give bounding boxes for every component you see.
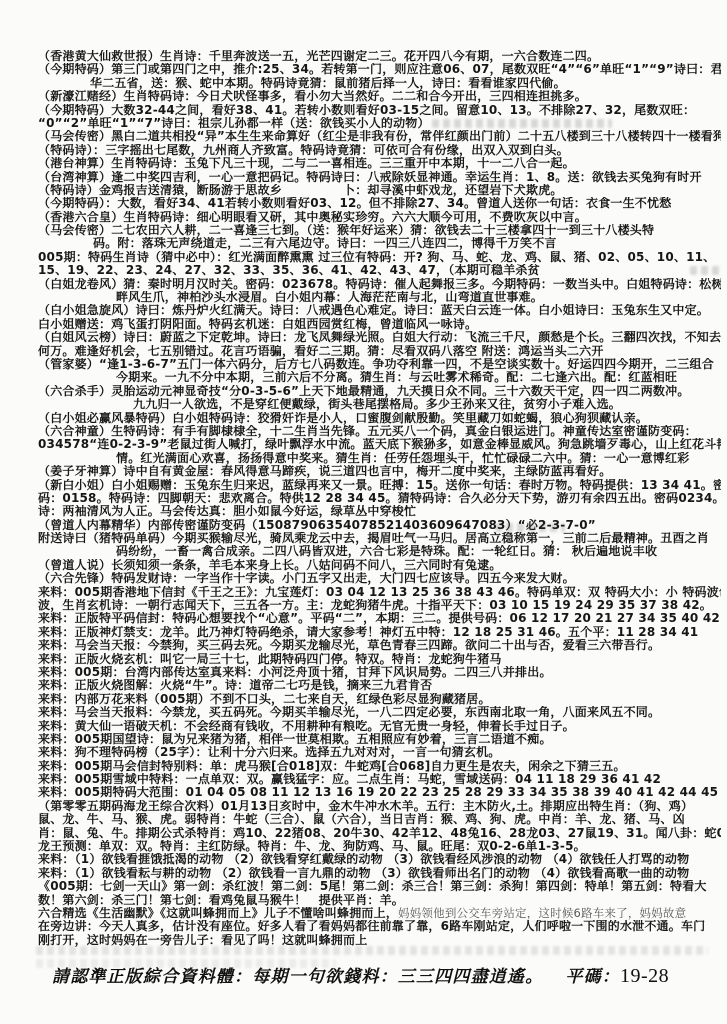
text-line: “0”“2”单旺“1”“7”诗曰：祖宗儿孙都一样（送：欲钱买小人的动物） xyxy=(38,117,721,130)
text-line: 来料：005期：台湾内部传达室真来料：小河泛舟顶十猪，甘拜下风识局势。二四三八并… xyxy=(38,666,721,679)
text-line: （新濠江赌经）生肖特码诗：今日犬吠怪事多，看小勿大当然好。二二和合今开出，三四相… xyxy=(38,90,721,103)
text-line: 白小姐赠送：鸡飞蛋打阴阳面。特码玄机迷：白姐西园赏红梅，曾道临风一咏诗。 xyxy=(38,318,721,331)
text-line: （特码诗）金鸡报吉送清猿，断肠游于思故乡 卜：却寻溪中虾戏龙，还望岩下犬欺虎。 xyxy=(38,184,721,197)
text-line: 来料：005期特码大范围：01 04 05 08 11 12 13 16 19 … xyxy=(38,786,721,799)
text-line: （六合杀手）灵胎运动元神显奇技“分0-3-5-6”上天下地最精通，九天摸日众不同… xyxy=(38,385,721,398)
text-line: 来料：005期香港地下信封《千王之王》：九宝莲灯：03 04 12 13 25 … xyxy=(38,586,721,599)
footer-pingma-label: 平碼： xyxy=(565,967,620,987)
text-line: 波，生肖玄机诗：一朝行志闻天下，三五各一方。主：龙蛇狗猪牛虎。十指平天下：03 … xyxy=(38,599,721,612)
text-line: 码。附：落珠无声绕道走，二三有六尾边守。诗曰：一四三八连四二，博得千万笑不言 xyxy=(38,237,721,250)
text-line: 15、19、22、23、24、27、32、33、35、36、41、42、43、4… xyxy=(38,264,721,277)
document-page: （香港黄大仙救世报）生肖诗：千里奔波送一五，光芒四谢定二三。花开四八今有期，一六… xyxy=(0,0,727,1024)
text-line: 来料：正版火烧图解：火烧“牛”。诗：道帝二七巧是钱，摘来三九君肯否 xyxy=(38,679,721,692)
text-line: 来料：黄大仙一语破天机：不会经商有钱收，不用耕种有粮吃。无官无贵一身轻，伸着长手… xyxy=(38,720,721,733)
watermark-smudge xyxy=(495,523,565,532)
text-line: 034578“连0-2-3-9”老鼠过街人喊打，绿叶飘浮水中流。蓝天底下猴狲多，… xyxy=(38,438,721,451)
text-line: 今期来。一九不分中本期，三前六后不分离。猜生肖：与云吐雾术稀奇。配：二七逢六出。… xyxy=(38,371,721,384)
watermark-smudge xyxy=(690,266,722,275)
text-line: （姜子牙神算）诗中自有黄金屋：春风得意马蹄疾，说三道四也言中，梅开二度中奖来，主… xyxy=(38,465,721,478)
watermark-smudge xyxy=(432,119,612,128)
text-line: （曾道人内幕精华）内部传密谨防变码（1508790635407852140360… xyxy=(38,519,721,532)
text-line: 来料：马会当天报：今禁狗，买三码去死。今期买龙输尽光，草色青春三四蹄。欲问二十出… xyxy=(38,639,721,652)
text-line: 码：0158。特码诗：四脚朝天：悲欢离合。特供12 28 34 45。猜特码诗：… xyxy=(38,492,721,505)
text-line: 码纷纷，一畜一禽合成亲。二四八码皆双进，六合七彩是特珠。配：一轮红日。猜： 秋后… xyxy=(38,545,721,558)
text-line: （白姐龙卷风）猜：秦时明月汉时关。密码：023678。特码诗：催人起舞报三多。今… xyxy=(38,278,721,291)
text-line: （马会传密）黑白二道共相投“异”本生生来命算好（红尘是非我有份，常伴红颜出门前）… xyxy=(38,130,721,143)
footer-pingma-value: 19-28 xyxy=(620,965,669,987)
text-line: 来料：狗不理特码榜（25字）：让利十分六归来。选择五九对对对，一言一句猜玄机。 xyxy=(38,746,721,759)
text-line: （香港黄大仙救世报）生肖诗：千里奔波送一五，光芒四谢定二三。花开四八今有期，一六… xyxy=(38,50,721,63)
text-line: 来料：005期国望诗：鼠为兄来猪为猪，相伴一世莫相欺。五相照应有妙着，三言二语道… xyxy=(38,733,721,746)
document-lines: （香港黄大仙救世报）生肖诗：千里奔波送一五，光芒四谢定二三。花开四八今有期，一六… xyxy=(0,0,727,947)
text-line: （新白小姐）白小姐赐赠：玉兔东生归来迟，蓝绿再来又一景。旺搏：15。送你一句话：… xyxy=(38,479,721,492)
text-line: 来料：（1）欲钱看耘与耕的动物 （2）欲钱看一言九鼎的动物 （3）欲钱看师出名门… xyxy=(38,867,721,880)
text-line: 六合精选《生活幽默》《这就叫蜂拥而上》儿子不懂啥叫蜂拥而上，妈妈领他到公交车旁站… xyxy=(38,907,721,920)
watermark-smudge xyxy=(36,946,708,955)
footer-slogan-text: 請認準正版綜合資料體：每期一句欲錢料：三三四四盡逍遙。 xyxy=(52,967,543,987)
text-line: 来料：内部万花来料（005期）不到不口头，二七来自天，红绿色彩尽显狗藏猪居。 xyxy=(38,693,721,706)
text-line: （今期特码）第三门或第四门之中，推介:25、34。若转第一门，则应注意06、07… xyxy=(38,63,721,76)
text-line: 龙王预测：单双：双。特肖：主红防绿。特肖：牛、龙、狗防鸡、马、鼠。旺尾：双0-2… xyxy=(38,840,721,853)
text-line: 何万。难逢好机会，七五别错过。花言巧语骗，看好二三期。猜：尽看双码八落空 附送：… xyxy=(38,345,721,358)
text-line: 附送诗曰（猪特码单码）今期买猴输尽光，骑凤乘龙云中去，揭眉吐气一马归。居高立稳称… xyxy=(38,532,721,545)
text-line: （白姐风云榜）诗曰：蔚蓝之下定乾坤。诗曰：龙飞凤舞绿光照。白姐大行动：飞流三千尺… xyxy=(38,331,721,344)
text-line: 来料：正版特平码信封：特码心想要找个“心意”。平码“二”，本期：三二。提供号码：… xyxy=(38,612,721,625)
text-line: （今期特码）：大数，看好34、41若转小数则看好03、12。但不排除27、34。… xyxy=(38,197,721,210)
text-line: 来料：马会当天报料：今禁龙，买五码死。今期买羊输尽光，一八二四定必要，东西南北取… xyxy=(38,706,721,719)
text-line: 来料：005期马会信封特别料：单：虎马猴[合018]双：牛蛇鸡[合068]自力更… xyxy=(38,760,721,773)
text-line: 诗：两袖清风为人正。马会传达真：胆小如鼠今好运，绿草丛中穿梭忙 xyxy=(38,505,721,518)
text-line: 鼠、龙、牛、马、猴、虎。弱特肖：牛蛇（三合）、鼠（六合），当日吉肖：猴、鸡、狗、… xyxy=(38,813,721,826)
text-line: （管家婆）“逢1-3-6-7”五门一体六码分，后方七八码数连。争功夺利靠一四，不… xyxy=(38,358,721,371)
text-line: 来料：正版火烧玄机：叫它一局三十七，此期特码四门停。特双。特肖：龙蛇狗牛猪马 xyxy=(38,653,721,666)
text-line: （马会传密）二七农田六人耕，二一喜逢三七到。（送：猴年好运来）猜：欲钱去二十三楼… xyxy=(38,224,721,237)
text-line: 九九归一人欲选，不是穿红便戴绿，街头巷尾摆格局。多少王孙来又往，贫穷小子难入选。 xyxy=(38,398,721,411)
text-line: （港台神算）生肖特码诗：玉兔下凡三十现，二与二一喜相连。三三重开中本期，十一二八… xyxy=(38,157,721,170)
text-line: 肖：鼠、兔、牛。排期公式杀特肖：鸡10、22猪08、20牛30、42羊12、48… xyxy=(38,827,721,840)
text-line: 来料：005期雪域中特料：一点单双：双。赢钱猛字：应。二点生肖：马蛇，雪域送码：… xyxy=(38,773,721,786)
text-line: 《005期：七剑一天山》第一剑：杀红波！第二剑：5尾！第二剑：杀三合！第三剑：杀… xyxy=(38,880,721,893)
text-line: 来料：正版神灯禁支：龙羊。此乃神灯特码绝杀，请大家参考！神灯五中特：12 18 … xyxy=(38,626,721,639)
text-line: （香港六合皇）生肖特码诗：细心明眼看又研，其中奥秘实珍穷。六六大顺今可用，不费吹… xyxy=(38,211,721,224)
text-line: （特码诗）：三字摇出七尾数，九州商人齐致富。特码诗竟猜：可依可合有份缘，出双入双… xyxy=(38,144,721,157)
text-line: 情。红光满面心欢喜，扬扬得意中奖来。猜生肖：任劳任怨埋头干，忙忙碌碌二六中。猜：… xyxy=(38,452,721,465)
text-line: 来料：（1）欲钱看捱饿抵渴的动物 （2）欲钱看穿红戴绿的动物 （3）欲钱看经风涉… xyxy=(38,853,721,866)
text-line: 在旁边讲：今天人真多，估计没有座位。好多人看了看妈妈都往前靠了靠，6路车刚站定，… xyxy=(38,920,721,933)
text-line: 华二五省，送：猴、蛇中本期。特码诗竟猜：鼠前猪后择一人，诗曰：看看谁家四代偷。 xyxy=(38,77,721,90)
footer-slogan: 請認準正版綜合資料體：每期一句欲錢料：三三四四盡逍遙。平碼：19-28 xyxy=(0,962,727,988)
text-line: （六合先锋）特码发财诗：一字当作十字读。小门五字又出走，大门四七应该导。四五今来… xyxy=(38,572,721,585)
text-line: 畔风生爪，神柏沙头水浸眉。白小姐内幕：人海茫茫南与北，山弯道直世事难。 xyxy=(38,291,721,304)
text-line-faded-segment: 妈妈领他到公交车旁站定，这时候6路车来了，妈妈故意 xyxy=(398,907,686,920)
text-line: （台湾神算）逢二中奖四吉利，一心一意把码记。特码诗曰：八戒除妖显神通。幸运生肖：… xyxy=(38,171,721,184)
text-line: （今期特码）大数32-44之间，看好38、41。若转小数则看好03-15之间。留… xyxy=(38,104,721,117)
text-line: 数！第六剑：杀三门！第七剑：看鸡兔鼠马猴牛！ 提供平肖：羊。 xyxy=(38,894,721,907)
text-line: （白小姐必赢风暴特码）白小姐特码诗：狡猾奸诈是小人，口蜜腹剑献殷勤。笑里藏刀如蛇… xyxy=(38,412,721,425)
text-line: （六合神童）生特码诗：有手有脚棣棣全，十二生肖当先锋。五元买八一个码，真金白银运… xyxy=(38,425,721,438)
text-line: （白小姐急旋风）诗曰：炼丹炉火红满天。诗曰：八戒遇色心难定。诗曰：蓝天白云连一体… xyxy=(38,304,721,317)
text-line: 005期：特码生肖诗（猜中必中）：红光满面醉熏熏 过三位有特码：开? 狗、马、蛇… xyxy=(38,251,721,264)
text-line: （第零零五期码海龙王综合次料）01月13日亥时中，金木牛冲水木羊。五行：主木防火… xyxy=(38,800,721,813)
text-line: （曾道人说）长须知须一条条，羊毛本来身上长。八姑问码不问八，三六同时有兔逮。 xyxy=(38,559,721,572)
